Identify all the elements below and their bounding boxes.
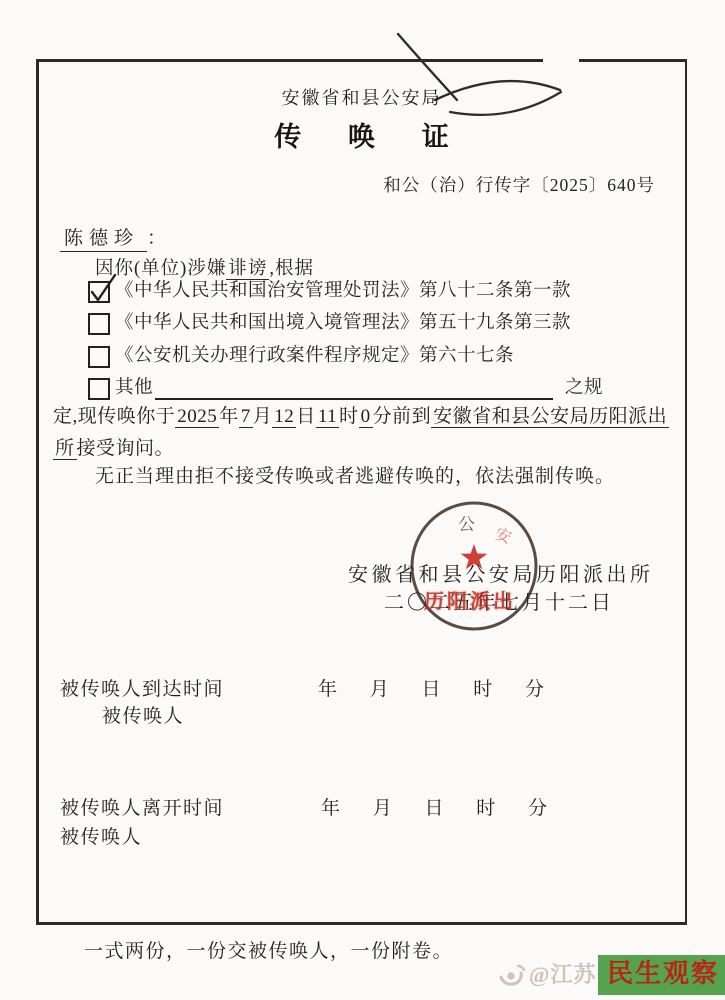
- agency-name: 安徽省和县公安局: [36, 88, 687, 109]
- seal-red-glyph: 安: [493, 525, 514, 547]
- summon-year: 2025: [175, 406, 219, 428]
- legal-option-row: 《公安机关办理行政案件程序规定》第六十七条: [88, 346, 514, 368]
- legal-option-row-other: 其他 之规: [88, 378, 603, 400]
- summon-sentence-line2: 所接受询问。: [53, 438, 174, 460]
- summon-sentence-line1: 定,现传唤你于2025年7月12日11时0分前到安徽省和县公安局历阳派出: [53, 406, 669, 428]
- summon-hour: 11: [316, 406, 339, 428]
- summons-document-page: 安徽省和县公安局 传 唤 证 和公（治）行传字〔2025〕640号 陈德珍： 因…: [0, 0, 725, 1000]
- other-tail-text: 之规: [565, 378, 603, 399]
- summon-mid: 前到: [392, 406, 431, 427]
- minute-unit: 分: [373, 406, 393, 427]
- alleged-offense: 诽谤: [226, 259, 269, 280]
- seal-overlay-text: 历阳派出: [424, 591, 516, 614]
- arrival-person-label: 被传唤人: [102, 706, 184, 728]
- departure-time-label: 被传唤人离开时间: [60, 798, 224, 820]
- watermark-badge: 民生观察: [598, 955, 725, 995]
- arrival-time-label: 被传唤人到达时间: [60, 679, 224, 701]
- day-unit: 日: [296, 406, 316, 427]
- seal-top-char: 公: [458, 515, 475, 534]
- legal-option-label: 《中华人民共和国治安管理处罚法》第八十二条第一款: [115, 281, 571, 302]
- legal-option-label: 《中华人民共和国出境入境管理法》第五十九条第三款: [115, 313, 571, 334]
- summon-rest: 接受询问。: [77, 438, 175, 459]
- summon-place-part1: 安徽省和县公安局历阳派出: [431, 406, 669, 428]
- year-unit: 年: [219, 406, 239, 427]
- checkmark-icon: [88, 271, 120, 305]
- reason-suffix: ,根据: [269, 259, 314, 279]
- legal-option-row: 《中华人民共和国出境入境管理法》第五十九条第三款: [88, 313, 571, 335]
- checkbox-unchecked: [88, 378, 110, 400]
- document-title: 传 唤 证: [36, 122, 687, 153]
- other-blank-line: [155, 379, 553, 400]
- checkbox-checked: [88, 281, 110, 303]
- checkbox-unchecked: [88, 313, 110, 335]
- summon-minute: 0: [359, 406, 373, 428]
- legal-option-row: 《中华人民共和国治安管理处罚法》第八十二条第一款: [88, 281, 571, 303]
- departure-time-units: 年 月 日 时 分: [321, 798, 561, 820]
- recipient-colon: ：: [147, 228, 166, 249]
- weibo-icon: [497, 960, 527, 990]
- top-scribble-mark: [380, 20, 580, 125]
- departure-person-label: 被传唤人: [60, 827, 142, 849]
- document-number: 和公（治）行传字〔2025〕640号: [0, 175, 655, 195]
- summon-place-part2: 所: [53, 438, 77, 460]
- legal-option-label: 其他: [115, 378, 153, 399]
- recipient-line: 陈德珍：: [60, 228, 166, 250]
- legal-option-label: 《公安机关办理行政案件程序规定》第六十七条: [115, 346, 514, 367]
- footer-note: 一式两份，一份交被传唤人，一份附卷。: [84, 941, 453, 963]
- month-unit: 月: [253, 406, 273, 427]
- summon-month: 7: [239, 406, 253, 428]
- arrival-time-units: 年 月 日 时 分: [318, 679, 558, 701]
- summon-day: 12: [272, 406, 296, 428]
- checkbox-unchecked: [88, 346, 110, 368]
- warning-text: 无正当理由拒不接受传唤或者逃避传唤的，依法强制传唤。: [95, 466, 615, 488]
- reason-line: 因你(单位)涉嫌诽谤,根据: [95, 259, 314, 280]
- recipient-name: 陈德珍: [60, 228, 147, 252]
- station-signature: 安徽省和县公安局历阳派出所: [348, 564, 654, 587]
- hour-unit: 时: [339, 406, 359, 427]
- summon-prefix: 定,现传唤你于: [53, 406, 175, 427]
